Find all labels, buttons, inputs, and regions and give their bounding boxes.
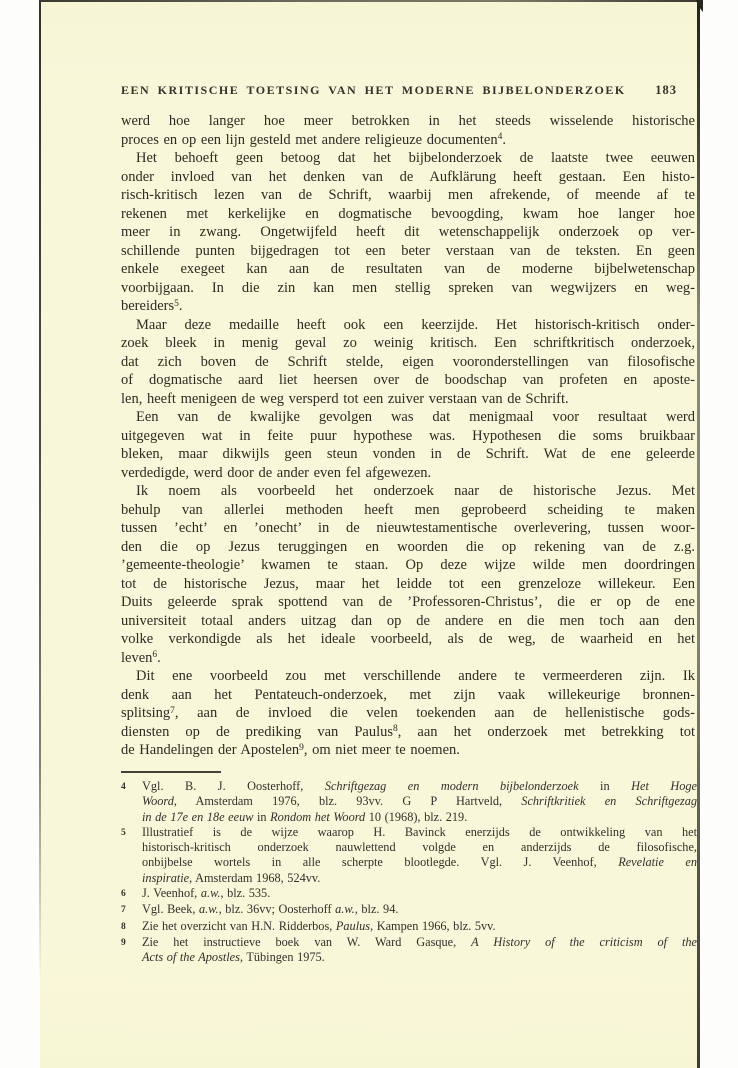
text-line: verdedigde, werd door de ander even fel …	[121, 464, 695, 483]
footnote-ref: 9	[299, 743, 304, 753]
text-line: dat zich boven de Schrift stelde, eigen …	[121, 353, 695, 372]
paragraph: Maar deze medaille heeft ook een keerzij…	[121, 316, 695, 409]
text-line: Vgl. Beek, a.w., blz. 36vv; Oosterhoff a…	[142, 902, 697, 917]
footnote-ref: 5	[174, 299, 179, 309]
text-segment: zoek bleek in menig geval zo weinig krit…	[121, 335, 695, 351]
text-line: leven6.	[121, 649, 695, 668]
text-line: bereiders5.	[121, 297, 695, 316]
paragraph: Het behoeft geen betoog dat het bijbelon…	[121, 149, 695, 316]
text-line: Woord, Amsterdam 1976, blz. 93vv. G P Ha…	[142, 794, 697, 809]
text-line: tot de historische Jezus, maar het leidd…	[121, 575, 695, 594]
italic-text: Acts of the Apostles	[142, 950, 240, 964]
text-line: onder invloed van het denken van de Aufk…	[121, 168, 695, 187]
text-segment: .	[157, 650, 161, 666]
text-segment: , aan de invloed die velen toekenden aan…	[175, 705, 695, 721]
text-segment: behulp van allerlei methoden heeft men g…	[121, 502, 695, 518]
text-segment: Illustratief is de wijze waarop H. Bavin…	[142, 825, 697, 839]
text-segment: risch-kritisch lezen van de Schrift, waa…	[121, 187, 695, 203]
scan-edge-right	[697, 0, 700, 1068]
text-segment: de Handelingen der Apostelen	[121, 742, 299, 758]
text-line: Duits geleerde sprak spottend van de ’Pr…	[121, 593, 695, 612]
text-segment: meer in zwang. Ongetwijfeld heeft dit we…	[121, 224, 695, 240]
text-segment: .	[179, 298, 183, 314]
text-segment: , Kampen 1966, blz. 5vv.	[370, 919, 496, 933]
text-segment: schillende punten bijgedragen tot een be…	[121, 243, 695, 259]
footnote-ref: 6	[152, 650, 157, 660]
footnote-text: Zie het instructieve boek van W. Ward Ga…	[142, 935, 697, 966]
text-segment: Duits geleerde sprak spottend van de ’Pr…	[121, 594, 695, 610]
text-line: inspiratie, Amsterdam 1968, 524vv.	[142, 871, 697, 886]
text-line: risch-kritisch lezen van de Schrift, waa…	[121, 186, 695, 205]
running-head-title: EEN KRITISCHE TOETSING VAN HET MODERNE B…	[121, 83, 626, 98]
italic-text: Paulus	[336, 919, 370, 933]
text-segment: rekenen met kerkelijke en dogmatische be…	[121, 206, 695, 222]
text-line: behulp van allerlei methoden heeft men g…	[121, 501, 695, 520]
text-segment: onbijbelse wortels in alle scherpte bloo…	[142, 855, 618, 869]
footnote-separator-rule	[121, 771, 221, 773]
footnote-ref: 7	[170, 706, 175, 716]
scan-edge-left	[39, 0, 41, 980]
italic-text: a.w.	[201, 886, 221, 900]
italic-text: inspiratie	[142, 871, 189, 885]
text-segment: , blz. 535.	[220, 886, 270, 900]
running-head: EEN KRITISCHE TOETSING VAN HET MODERNE B…	[121, 83, 677, 98]
text-segment: verdedigde, werd door de ander even fel …	[121, 465, 431, 481]
text-line: Zie het instructieve boek van W. Ward Ga…	[142, 935, 697, 950]
text-segment: splitsing	[121, 705, 170, 721]
footnote: 9Zie het instructieve boek van W. Ward G…	[119, 935, 697, 966]
text-segment: den die op Jezus teruggingen en woorden …	[121, 539, 695, 555]
text-segment: J. Veenhof,	[142, 886, 201, 900]
text-segment: universiteit totaal anders uitzag dan op…	[121, 613, 695, 629]
footnote-text: Vgl. Beek, a.w., blz. 36vv; Oosterhoff a…	[142, 902, 697, 917]
text-segment: voorbijgaan. In die zin kan men stellig …	[121, 280, 695, 296]
text-segment: in	[253, 810, 270, 824]
text-segment: 10 (1968), blz. 219.	[365, 810, 467, 824]
text-segment: historisch-kritisch onderzoek nauwletten…	[142, 840, 697, 854]
text-line: splitsing7, aan de invloed die velen toe…	[121, 704, 695, 723]
text-line: volke verkondigde als het ideale voorbee…	[121, 630, 695, 649]
text-segment: leven	[121, 650, 152, 666]
text-segment: , om niet meer te noemen.	[304, 742, 460, 758]
footnote-number: 5	[119, 825, 142, 841]
paragraph: Ik noem als voorbeeld het onderzoek naar…	[121, 482, 695, 667]
footnote-ref: 8	[393, 724, 398, 734]
text-line: Vgl. B. J. Oosterhoff, Schriftgezag en m…	[142, 779, 697, 794]
text-segment: len, heeft menigeen de weg versperd tot …	[121, 391, 569, 407]
text-segment: , aan het onderzoek met betrekking tot	[398, 724, 695, 740]
text-line: Dit ene voorbeeld zou met verschillende …	[121, 667, 695, 686]
text-line: denk aan het Pentateuch-onderzoek, met z…	[121, 686, 695, 705]
text-line: voorbijgaan. In die zin kan men stellig …	[121, 279, 695, 298]
footnote: 7Vgl. Beek, a.w., blz. 36vv; Oosterhoff …	[119, 902, 697, 918]
italic-text: in de 17e en 18e eeuw	[142, 810, 253, 824]
text-segment: onder invloed van het denken van de Aufk…	[121, 169, 695, 185]
text-line: enkele exegeet kan aan de resultaten van…	[121, 260, 695, 279]
text-segment: tussen ’echt’ en ’onecht’ in de nieuwtes…	[121, 520, 695, 536]
text-line: J. Veenhof, a.w., blz. 535.	[142, 886, 697, 901]
text-line: bleken, maar dikwijls geen steun vonden …	[121, 445, 695, 464]
text-segment: , blz. 36vv; Oosterhoff	[219, 902, 336, 916]
italic-text: Woord	[142, 794, 174, 808]
text-line: zoek bleek in menig geval zo weinig krit…	[121, 334, 695, 353]
footnote: 8Zie het overzicht van H.N. Ridderbos, P…	[119, 919, 697, 935]
footnotes-block: 4Vgl. B. J. Oosterhoff, Schriftgezag en …	[119, 779, 697, 966]
text-segment: uitgegeven wat in feite puur hypothese w…	[121, 428, 695, 444]
italic-text: Schriftgezag en modern bijbelonderzoek	[325, 779, 579, 793]
footnote: 4Vgl. B. J. Oosterhoff, Schriftgezag en …	[119, 779, 697, 825]
paragraph: Een van de kwalijke gevolgen was dat men…	[121, 408, 695, 482]
text-line: diensten op de prediking van Paulus8, aa…	[121, 723, 695, 742]
scanned-book-page: { "colors":{ "page_background":"#f8f7d9"…	[0, 0, 738, 1068]
text-line: schillende punten bijgedragen tot een be…	[121, 242, 695, 261]
text-segment: enkele exegeet kan aan de resultaten van…	[121, 261, 695, 277]
text-line: uitgegeven wat in feite puur hypothese w…	[121, 427, 695, 446]
text-segment: Zie het overzicht van H.N. Ridderbos,	[142, 919, 336, 933]
text-segment: ’gemeente-theologie’ kwamen te staan. Op…	[121, 557, 695, 573]
footnote-text: Zie het overzicht van H.N. Ridderbos, Pa…	[142, 919, 697, 934]
text-segment: Ik noem als voorbeeld het onderzoek naar…	[136, 483, 695, 499]
text-segment: Het behoeft geen betoog dat het bijbelon…	[136, 150, 695, 166]
text-segment: volke verkondigde als het ideale voorbee…	[121, 631, 695, 647]
text-segment: Vgl. Beek,	[142, 902, 199, 916]
text-line: Illustratief is de wijze waarop H. Bavin…	[142, 825, 697, 840]
italic-text: Het Hoge	[631, 779, 697, 793]
text-segment: Een van de kwalijke gevolgen was dat men…	[136, 409, 695, 425]
text-segment: Dit ene voorbeeld zou met verschillende …	[136, 668, 695, 684]
body-text: werd hoe langer hoe meer betrokken in he…	[121, 112, 695, 760]
text-line: onbijbelse wortels in alle scherpte bloo…	[142, 855, 697, 870]
text-line: Het behoeft geen betoog dat het bijbelon…	[121, 149, 695, 168]
text-segment: bereiders	[121, 298, 174, 314]
footnote-number: 4	[119, 779, 142, 795]
text-line: ’gemeente-theologie’ kwamen te staan. Op…	[121, 556, 695, 575]
text-line: of dogmatische aard liet heersen over de…	[121, 371, 695, 390]
text-line: len, heeft menigeen de weg versperd tot …	[121, 390, 695, 409]
text-line: universiteit totaal anders uitzag dan op…	[121, 612, 695, 631]
footnote-text: Illustratief is de wijze waarop H. Bavin…	[142, 825, 697, 886]
text-segment: werd hoe langer hoe meer betrokken in he…	[121, 113, 695, 129]
text-line: Een van de kwalijke gevolgen was dat men…	[121, 408, 695, 427]
text-segment: , blz. 94.	[355, 902, 399, 916]
paragraph: Dit ene voorbeeld zou met verschillende …	[121, 667, 695, 760]
text-segment: in	[579, 779, 632, 793]
paragraph: werd hoe langer hoe meer betrokken in he…	[121, 112, 695, 149]
footnote-number: 7	[119, 902, 142, 918]
text-line: de Handelingen der Apostelen9, om niet m…	[121, 741, 695, 760]
text-line: Zie het overzicht van H.N. Ridderbos, Pa…	[142, 919, 697, 934]
page-number: 183	[655, 83, 677, 98]
text-segment: .	[502, 132, 506, 148]
text-segment: denk aan het Pentateuch-onderzoek, met z…	[121, 687, 695, 703]
italic-text: A History of the criticism of the	[471, 935, 697, 949]
text-line: meer in zwang. Ongetwijfeld heeft dit we…	[121, 223, 695, 242]
text-line: proces en op een lijn gesteld met andere…	[121, 131, 695, 150]
footnote-number: 9	[119, 935, 142, 951]
footnote: 6J. Veenhof, a.w., blz. 535.	[119, 886, 697, 902]
text-segment: proces en op een lijn gesteld met andere…	[121, 132, 498, 148]
footnote: 5Illustratief is de wijze waarop H. Bavi…	[119, 825, 697, 886]
text-segment: Zie het instructieve boek van W. Ward Ga…	[142, 935, 471, 949]
text-segment: , Amsterdam 1968, 524vv.	[189, 871, 320, 885]
text-segment: of dogmatische aard liet heersen over de…	[121, 372, 695, 388]
text-line: in de 17e en 18e eeuw in Rondom het Woor…	[142, 810, 697, 825]
footnote-ref: 4	[498, 132, 503, 142]
text-line: werd hoe langer hoe meer betrokken in he…	[121, 112, 695, 131]
text-segment: , Amsterdam 1976, blz. 93vv. G P Hartvel…	[174, 794, 521, 808]
italic-text: a.w.	[335, 902, 355, 916]
text-segment: tot de historische Jezus, maar het leidd…	[121, 576, 695, 592]
text-line: Maar deze medaille heeft ook een keerzij…	[121, 316, 695, 335]
text-segment: diensten op de prediking van Paulus	[121, 724, 393, 740]
scan-edge-top	[40, 0, 700, 2]
text-segment: , Tübingen 1975.	[240, 950, 325, 964]
italic-text: a.w.	[199, 902, 219, 916]
italic-text: Revelatie en	[618, 855, 697, 869]
text-line: den die op Jezus teruggingen en woorden …	[121, 538, 695, 557]
text-segment: bleken, maar dikwijls geen steun vonden …	[121, 446, 695, 462]
text-segment: Maar deze medaille heeft ook een keerzij…	[136, 317, 695, 333]
footnote-number: 8	[119, 919, 142, 935]
footnote-text: Vgl. B. J. Oosterhoff, Schriftgezag en m…	[142, 779, 697, 825]
text-line: Acts of the Apostles, Tübingen 1975.	[142, 950, 697, 965]
text-line: Ik noem als voorbeeld het onderzoek naar…	[121, 482, 695, 501]
text-line: rekenen met kerkelijke en dogmatische be…	[121, 205, 695, 224]
text-segment: dat zich boven de Schrift stelde, eigen …	[121, 354, 695, 370]
text-line: tussen ’echt’ en ’onecht’ in de nieuwtes…	[121, 519, 695, 538]
text-line: historisch-kritisch onderzoek nauwletten…	[142, 840, 697, 855]
text-segment: Vgl. B. J. Oosterhoff,	[142, 779, 325, 793]
italic-text: Rondom het Woord	[270, 810, 365, 824]
italic-text: Schriftkritiek en Schriftgezag	[521, 794, 697, 808]
footnote-text: J. Veenhof, a.w., blz. 535.	[142, 886, 697, 901]
book-page: EEN KRITISCHE TOETSING VAN HET MODERNE B…	[40, 0, 699, 1068]
footnote-number: 6	[119, 886, 142, 902]
